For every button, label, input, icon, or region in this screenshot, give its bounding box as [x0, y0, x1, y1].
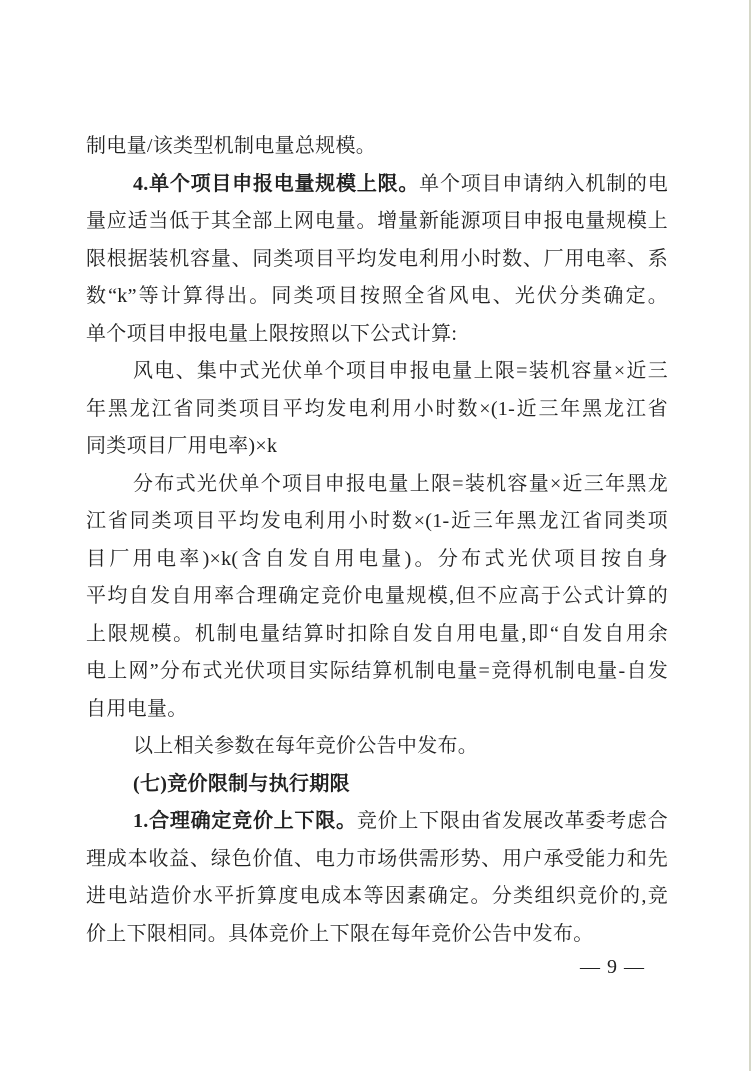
body-text: 江省同类项目平均发电利用小时数×(1-近三年黑龙江省同类项	[86, 510, 668, 532]
text-line: (七)竞价限制与执行期限	[86, 766, 668, 804]
body-text: 价上下限相同。具体竞价上下限在每年竞价公告中发布。	[86, 923, 594, 945]
body-text: 以上相关参数在每年竞价公告中发布。	[133, 735, 478, 757]
text-line: 风电、集中式光伏单个项目申报电量上限=装机容量×近三	[86, 353, 668, 391]
body-text: 进电站造价水平折算度电成本等因素确定。分类组织竞价的,竞	[86, 885, 668, 907]
text-line: 同类项目厂用电率)×k	[86, 428, 668, 466]
heading-bold-text: 4.单个项目申报电量规模上限。	[133, 173, 419, 195]
body-text: 目厂用电率)×k(含自发自用电量)。分布式光伏项目按自身	[86, 548, 668, 570]
text-line: 江省同类项目平均发电利用小时数×(1-近三年黑龙江省同类项	[86, 503, 668, 541]
scan-edge-line	[749, 0, 751, 1071]
heading-bold-text: (七)竞价限制与执行期限	[133, 773, 350, 795]
text-line: 理成本收益、绿色价值、电力市场供需形势、用户承受能力和先	[86, 841, 668, 879]
text-line: 分布式光伏单个项目申报电量上限=装机容量×近三年黑龙	[86, 466, 668, 504]
body-text: 数“k”等计算得出。同类项目按照全省风电、光伏分类确定。	[86, 285, 668, 307]
body-text: 上限规模。机制电量结算时扣除自发自用电量,即“自发自用余	[86, 623, 668, 645]
text-line: 价上下限相同。具体竞价上下限在每年竞价公告中发布。	[86, 916, 668, 954]
text-line: 自用电量。	[86, 691, 668, 729]
heading-bold-text: 1.合理确定竞价上下限。	[133, 810, 357, 832]
body-text: 理成本收益、绿色价值、电力市场供需形势、用户承受能力和先	[86, 848, 668, 870]
text-line: 数“k”等计算得出。同类项目按照全省风电、光伏分类确定。	[86, 278, 668, 316]
body-text: 年黑龙江省同类项目平均发电利用小时数×(1-近三年黑龙江省	[86, 398, 668, 420]
text-line: 限根据装机容量、同类项目平均发电利用小时数、厂用电率、系	[86, 241, 668, 279]
body-text: 制电量/该类型机制电量总规模。	[86, 135, 376, 157]
text-line: 量应适当低于其全部上网电量。增量新能源项目申报电量规模上	[86, 203, 668, 241]
body-text: 限根据装机容量、同类项目平均发电利用小时数、厂用电率、系	[86, 248, 668, 270]
text-line: 4.单个项目申报电量规模上限。单个项目申请纳入机制的电	[86, 166, 668, 204]
text-line: 1.合理确定竞价上下限。竞价上下限由省发展改革委考虑合	[86, 803, 668, 841]
body-text: 同类项目厂用电率)×k	[86, 435, 277, 457]
page-number: — 9 —	[580, 956, 645, 978]
text-line: 目厂用电率)×k(含自发自用电量)。分布式光伏项目按自身	[86, 541, 668, 579]
body-text: 自用电量。	[86, 698, 188, 720]
body-text: 电上网”分布式光伏项目实际结算机制电量=竞得机制电量-自发	[86, 660, 668, 682]
text-line: 上限规模。机制电量结算时扣除自发自用电量,即“自发自用余	[86, 616, 668, 654]
document-body: 制电量/该类型机制电量总规模。4.单个项目申报电量规模上限。单个项目申请纳入机制…	[86, 128, 668, 953]
text-line: 进电站造价水平折算度电成本等因素确定。分类组织竞价的,竞	[86, 878, 668, 916]
body-text: 量应适当低于其全部上网电量。增量新能源项目申报电量规模上	[86, 210, 668, 232]
text-line: 单个项目申报电量上限按照以下公式计算:	[86, 316, 668, 354]
text-line: 以上相关参数在每年竞价公告中发布。	[86, 728, 668, 766]
body-text: 单个项目申报电量上限按照以下公式计算:	[86, 323, 457, 345]
body-text: 竞价上下限由省发展改革委考虑合	[357, 810, 668, 832]
page-footer: — 9 —	[580, 954, 645, 980]
text-line: 平均自发自用率合理确定竞价电量规模,但不应高于公式计算的	[86, 578, 668, 616]
text-line: 制电量/该类型机制电量总规模。	[86, 128, 668, 166]
text-line: 电上网”分布式光伏项目实际结算机制电量=竞得机制电量-自发	[86, 653, 668, 691]
text-line: 年黑龙江省同类项目平均发电利用小时数×(1-近三年黑龙江省	[86, 391, 668, 429]
body-text: 分布式光伏单个项目申报电量上限=装机容量×近三年黑龙	[133, 473, 668, 495]
body-text: 单个项目申请纳入机制的电	[419, 173, 668, 195]
body-text: 风电、集中式光伏单个项目申报电量上限=装机容量×近三	[133, 360, 668, 382]
body-text: 平均自发自用率合理确定竞价电量规模,但不应高于公式计算的	[86, 585, 668, 607]
document-page: 制电量/该类型机制电量总规模。4.单个项目申报电量规模上限。单个项目申请纳入机制…	[0, 0, 756, 1071]
